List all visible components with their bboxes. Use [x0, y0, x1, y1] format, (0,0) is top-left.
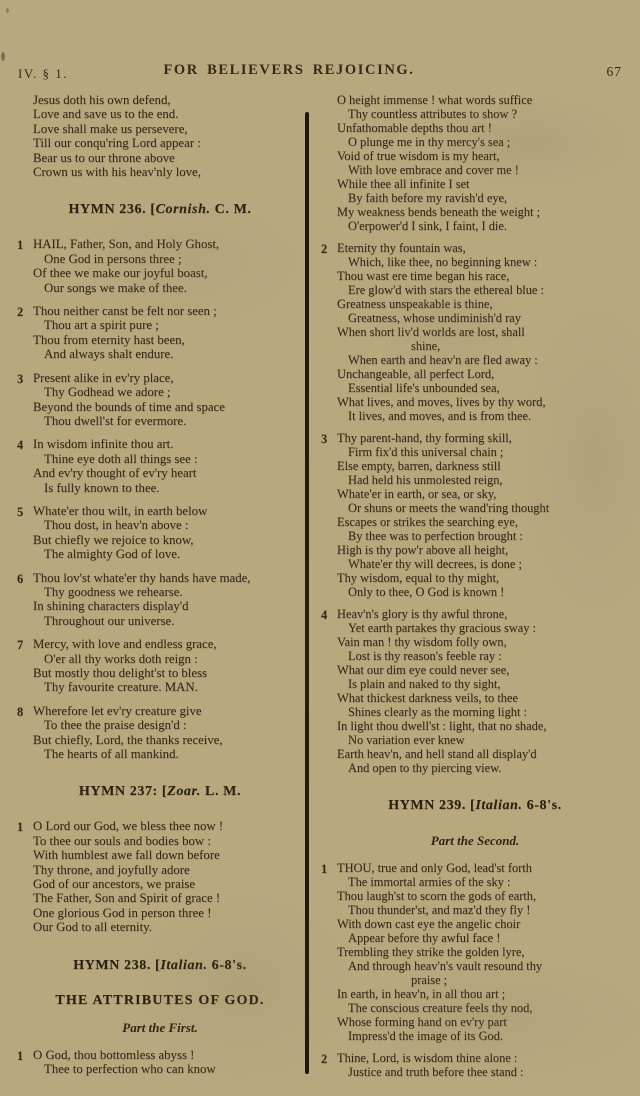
verse-number: 2	[321, 1052, 327, 1067]
verse-line: Greatness unspeakable is thine,	[337, 297, 628, 311]
verse-line: Thou dwell'st for evermore.	[44, 414, 302, 428]
tune-name: Cornish.	[156, 202, 211, 217]
stanza: Jesus doth his own defend,Love and save …	[18, 93, 302, 179]
running-title: FOR BELIEVERS REJOICING.	[0, 62, 578, 79]
verse-line: Thou laugh'st to scorn the gods of earth…	[337, 889, 628, 903]
verse-line: Crown us with his heav'nly love,	[33, 165, 302, 179]
verse-line: When earth and heav'n are fled away :	[348, 353, 628, 367]
verse-line: Thou wast ere time began his race,	[337, 269, 628, 283]
verse-line: And ev'ry thought of ev'ry heart	[33, 466, 302, 480]
verse-number: 4	[17, 438, 23, 453]
verse-line: Of thee we make our joyful boast,	[33, 266, 302, 280]
hymn-heading: HYMN 236. [Cornish. C. M.	[18, 202, 302, 218]
verse-line: Love shall make us persevere,	[33, 122, 302, 136]
stanza: 3Present alike in ev'ry place,Thy Godhea…	[18, 371, 302, 429]
verse-number: 7	[17, 638, 23, 653]
verse-line: No variation ever knew	[348, 733, 628, 747]
verse-line: Firm fix'd this universal chain ;	[348, 445, 628, 459]
verse-line: Thou neither canst be felt nor seen ;	[33, 304, 302, 318]
verse-line: And open to thy piercing view.	[348, 761, 628, 775]
verse-line: But chiefly, Lord, the thanks receive,	[33, 733, 302, 747]
part-label: Part the First.	[18, 1020, 302, 1036]
meter-label: C. M.	[211, 202, 252, 217]
stanza: 6Thou lov'st whate'er thy hands have mad…	[18, 571, 302, 629]
verse-line: O Lord our God, we bless thee now !	[33, 819, 302, 833]
stanza: 1O God, thou bottomless abyss !Thee to p…	[18, 1048, 302, 1077]
hymn-heading: HYMN 238. [Italian. 6-8's.	[18, 958, 302, 974]
verse-line: The immortal armies of the sky :	[348, 875, 628, 889]
book-page: IV. § 1. FOR BELIEVERS REJOICING. 67 Jes…	[0, 0, 640, 1096]
verse-line: O height immense ! what words suffice	[337, 93, 628, 107]
verse-line: Thy throne, and joyfully adore	[33, 863, 302, 877]
verse-line: The almighty God of love.	[44, 547, 302, 561]
hymn-heading: HYMN 239. [Italian. 6-8's.	[322, 798, 628, 814]
verse-line: O God, thou bottomless abyss !	[33, 1048, 302, 1062]
verse-line: Thy countless attributes to show ?	[348, 107, 628, 121]
verse-line: Present alike in ev'ry place,	[33, 371, 302, 385]
verse-line: Vain man ! thy wisdom folly own,	[337, 635, 628, 649]
verse-line: THOU, true and only God, lead'st forth	[337, 861, 628, 875]
tune-name: Italian.	[475, 798, 522, 813]
hymn-number-label: HYMN 238. [	[73, 958, 160, 973]
verse-line: But chiefly we rejoice to know,	[33, 533, 302, 547]
ink-speck	[6, 8, 9, 13]
stanza: O height immense ! what words sufficeThy…	[322, 93, 628, 233]
verse-line: Love and save us to the end.	[33, 107, 302, 121]
verse-line: Beyond the bounds of time and space	[33, 400, 302, 414]
verse-line: One glorious God in person three !	[33, 906, 302, 920]
verse-line: In shining characters display'd	[33, 599, 302, 613]
verse-line: By thee was to perfection brought :	[348, 529, 628, 543]
verse-line: The hearts of all mankind.	[44, 747, 302, 761]
verse-line: Wherefore let ev'ry creature give	[33, 704, 302, 718]
tune-name: Zoar.	[167, 784, 201, 799]
column-divider	[305, 112, 309, 1074]
verse-line: Whose forming hand on ev'ry part	[337, 1015, 628, 1029]
part-label: Part the Second.	[322, 833, 628, 849]
verse-line: In wisdom infinite thou art.	[33, 437, 302, 451]
stanza: 2Thine, Lord, is wisdom thine alone :Jus…	[322, 1051, 628, 1079]
verse-line: Throughout our universe.	[44, 614, 302, 628]
meter-label: 6-8's.	[208, 958, 247, 973]
verse-number: 2	[17, 305, 23, 320]
verse-line: Heav'n's glory is thy awful throne,	[337, 607, 628, 621]
verse-line: What lives, and moves, lives by thy word…	[337, 395, 628, 409]
verse-line: Essential life's unbounded sea,	[348, 381, 628, 395]
verse-line: Is fully known to thee.	[44, 481, 302, 495]
verse-line: shine,	[411, 339, 628, 353]
verse-line: O'er all thy works doth reign :	[44, 652, 302, 666]
verse-number: 4	[321, 608, 327, 623]
verse-line: What thickest darkness veils, to thee	[337, 691, 628, 705]
verse-line: Thou dost, in heav'n above :	[44, 518, 302, 532]
verse-line: Only to thee, O God is known !	[348, 585, 628, 599]
verse-number: 5	[17, 505, 23, 520]
verse-line: Appear before thy awful face !	[348, 931, 628, 945]
verse-number: 3	[17, 372, 23, 387]
verse-line: O plunge me in thy mercy's sea ;	[348, 135, 628, 149]
verse-line: The Father, Son and Spirit of grace !	[33, 891, 302, 905]
verse-line: Earth heav'n, and hell stand all display…	[337, 747, 628, 761]
verse-line: Thy wisdom, equal to thy might,	[337, 571, 628, 585]
verse-line: Ere glow'd with stars the ethereal blue …	[348, 283, 628, 297]
stanza: 3Thy parent-hand, thy forming skill,Firm…	[322, 431, 628, 599]
verse-line: And always shalt endure.	[44, 347, 302, 361]
stanza: 1THOU, true and only God, lead'st forthT…	[322, 861, 628, 1043]
stanza: 1O Lord our God, we bless thee now !To t…	[18, 819, 302, 934]
stanza: 1HAIL, Father, Son, and Holy Ghost,One G…	[18, 237, 302, 295]
verse-line: Yet earth partakes thy gracious sway :	[348, 621, 628, 635]
verse-line: Shines clearly as the morning light :	[348, 705, 628, 719]
verse-line: Our songs we make of thee.	[44, 281, 302, 295]
verse-line: Whate'er thy will decrees, is done ;	[348, 557, 628, 571]
hymn-heading: HYMN 237: [Zoar. L. M.	[18, 784, 302, 800]
verse-line: The conscious creature feels thy nod,	[348, 1001, 628, 1015]
verse-line: Thine eye doth all things see :	[44, 452, 302, 466]
left-column: Jesus doth his own defend,Love and save …	[18, 93, 302, 1086]
verse-line: Escapes or strikes the searching eye,	[337, 515, 628, 529]
verse-number: 1	[17, 1049, 23, 1064]
verse-line: To thee the praise design'd :	[44, 718, 302, 732]
verse-number: 2	[321, 242, 327, 257]
verse-number: 3	[321, 432, 327, 447]
verse-line: In earth, in heav'n, in all thou art ;	[337, 987, 628, 1001]
right-column: O height immense ! what words sufficeThy…	[322, 93, 628, 1087]
page-number: 67	[607, 64, 623, 80]
verse-line: Whate'er in earth, or sea, or sky,	[337, 487, 628, 501]
verse-line: My weakness bends beneath the weight ;	[337, 205, 628, 219]
stanza: 8Wherefore let ev'ry creature giveTo the…	[18, 704, 302, 762]
verse-line: With love embrace and cover me !	[348, 163, 628, 177]
verse-line: Impress'd the image of its God.	[348, 1029, 628, 1043]
verse-line: Whate'er thou wilt, in earth below	[33, 504, 302, 518]
verse-line: Thou from eternity hast been,	[33, 333, 302, 347]
verse-line: Thou lov'st whate'er thy hands have made…	[33, 571, 302, 585]
verse-line: Or shuns or meets the wand'ring thought	[348, 501, 628, 515]
verse-line: Thy favourite creature. MAN.	[44, 680, 302, 694]
verse-line: While thee all infinite I set	[337, 177, 628, 191]
stanza: 7Mercy, with love and endless grace,O'er…	[18, 637, 302, 695]
stanza: 4In wisdom infinite thou art.Thine eye d…	[18, 437, 302, 495]
verse-line: With down cast eye the angelic choir	[337, 917, 628, 931]
ink-speck	[1, 52, 5, 61]
verse-line: Thy parent-hand, thy forming skill,	[337, 431, 628, 445]
verse-number: 1	[321, 862, 327, 877]
verse-line: Thy goodness we rehearse.	[44, 585, 302, 599]
hymn-number-label: HYMN 239. [	[388, 798, 475, 813]
hymn-number-label: HYMN 236. [	[68, 202, 155, 217]
verse-line: One God in persons three ;	[44, 252, 302, 266]
verse-line: In light thou dwell'st : light, that no …	[337, 719, 628, 733]
verse-line: And through heav'n's vault resound thy	[348, 959, 628, 973]
hymn-number-label: HYMN 237: [	[79, 784, 167, 799]
verse-line: Had held his unmolested reign,	[348, 473, 628, 487]
verse-line: Which, like thee, no beginning knew :	[348, 255, 628, 269]
verse-line: Thine, Lord, is wisdom thine alone :	[337, 1051, 628, 1065]
verse-line: To thee our souls and bodies bow :	[33, 834, 302, 848]
stanza: 4Heav'n's glory is thy awful throne,Yet …	[322, 607, 628, 775]
verse-line: Thou thunder'st, and maz'd they fly !	[348, 903, 628, 917]
verse-line: Eternity thy fountain was,	[337, 241, 628, 255]
verse-line: Thy Godhead we adore ;	[44, 385, 302, 399]
verse-line: Unfathomable depths thou art !	[337, 121, 628, 135]
verse-line: Is plain and naked to thy sight,	[348, 677, 628, 691]
meter-label: L. M.	[201, 784, 241, 799]
stanza: 5Whate'er thou wilt, in earth belowThou …	[18, 504, 302, 562]
hymn-title: THE ATTRIBUTES OF GOD.	[18, 993, 302, 1009]
verse-line: HAIL, Father, Son, and Holy Ghost,	[33, 237, 302, 251]
stanza: 2Thou neither canst be felt nor seen ;Th…	[18, 304, 302, 362]
verse-line: Mercy, with love and endless grace,	[33, 637, 302, 651]
verse-line: Lost is thy reason's feeble ray :	[348, 649, 628, 663]
stanza: 2Eternity thy fountain was,Which, like t…	[322, 241, 628, 423]
verse-line: Till our conqu'ring Lord appear :	[33, 136, 302, 150]
verse-line: Thou art a spirit pure ;	[44, 318, 302, 332]
verse-line: God of our ancestors, we praise	[33, 877, 302, 891]
verse-number: 1	[17, 238, 23, 253]
verse-line: But mostly thou delight'st to bless	[33, 666, 302, 680]
tune-name: Italian.	[160, 958, 207, 973]
meter-label: 6-8's.	[523, 798, 562, 813]
verse-line: Jesus doth his own defend,	[33, 93, 302, 107]
verse-line: Bear us to our throne above	[33, 151, 302, 165]
verse-line: High is thy pow'r above all height,	[337, 543, 628, 557]
verse-line: Else empty, barren, darkness still	[337, 459, 628, 473]
verse-line: Trembling they strike the golden lyre,	[337, 945, 628, 959]
verse-line: What our dim eye could never see,	[337, 663, 628, 677]
verse-number: 8	[17, 705, 23, 720]
verse-line: Unchangeable, all perfect Lord,	[337, 367, 628, 381]
verse-line: Void of true wisdom is my heart,	[337, 149, 628, 163]
verse-line: Thee to perfection who can know	[44, 1062, 302, 1076]
verse-number: 6	[17, 572, 23, 587]
verse-number: 1	[17, 820, 23, 835]
verse-line: praise ;	[411, 973, 628, 987]
verse-line: O'erpower'd I sink, I faint, I die.	[348, 219, 628, 233]
verse-line: Greatness, whose undiminish'd ray	[348, 311, 628, 325]
verse-line: Our God to all eternity.	[33, 920, 302, 934]
verse-line: By faith before my ravish'd eye,	[348, 191, 628, 205]
verse-line: It lives, and moves, and is from thee.	[348, 409, 628, 423]
verse-line: When short liv'd worlds are lost, shall	[337, 325, 628, 339]
verse-line: With humblest awe fall down before	[33, 848, 302, 862]
verse-line: Justice and truth before thee stand :	[348, 1065, 628, 1079]
